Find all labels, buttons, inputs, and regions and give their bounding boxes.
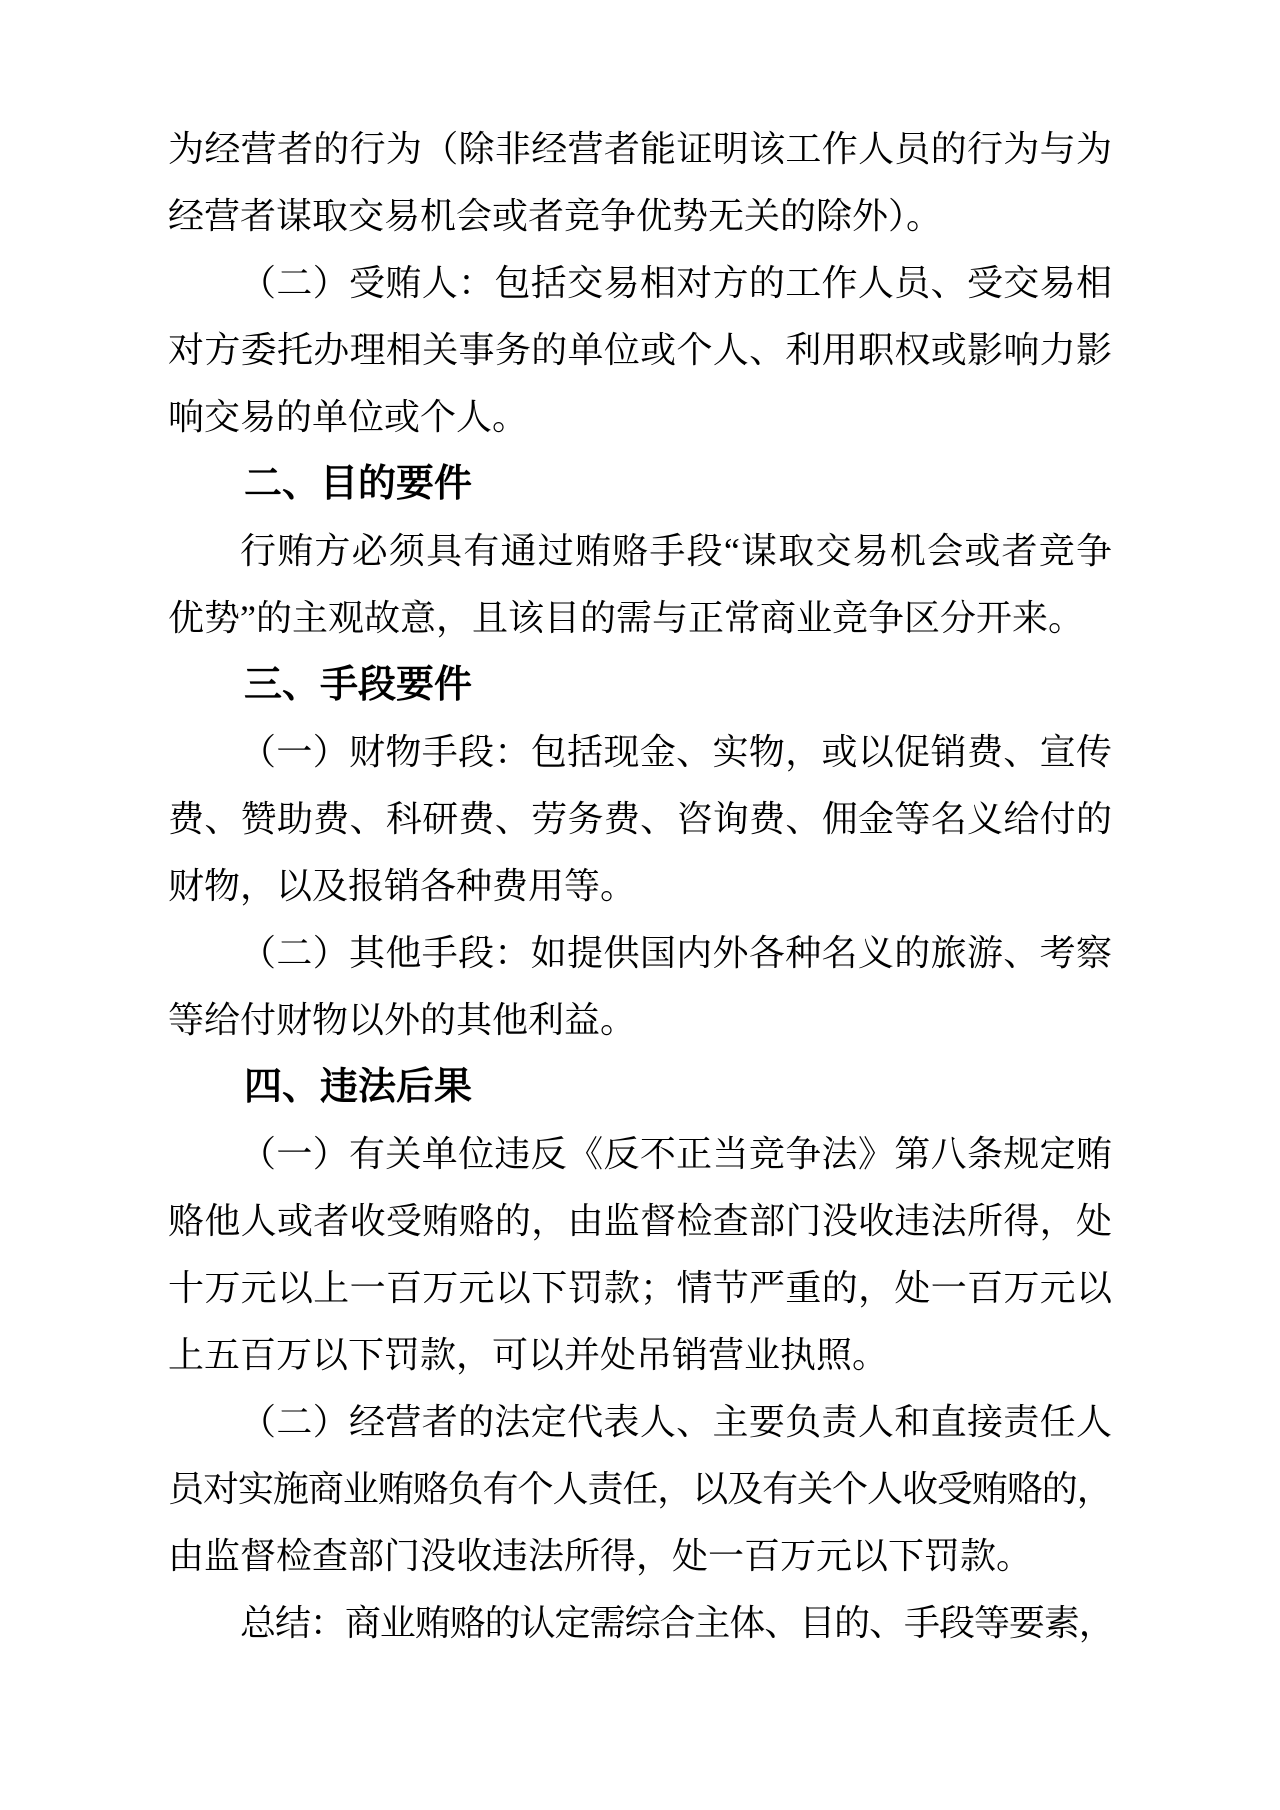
document-text: 为经营者的行为（除非经营者能证明该工作人员的行为与为经营者谋取交易机会或者竞争优… (168, 116, 1112, 1657)
text-line: 赂他人或者收受贿赂的，由监督检查部门没收违法所得，处 (168, 1188, 1112, 1255)
text-line: （一）财物手段：包括现金、实物，或以促销费、宣传 (168, 719, 1112, 786)
text-line: 优势”的主观故意，且该目的需与正常商业竞争区分开来。 (168, 585, 1112, 652)
text-line: 响交易的单位或个人。 (168, 384, 1112, 451)
text-line: 为经营者的行为（除非经营者能证明该工作人员的行为与为 (168, 116, 1112, 183)
section-heading: 二、目的要件 (168, 451, 1112, 518)
text-line: 总结：商业贿赂的认定需综合主体、目的、手段等要素， (168, 1590, 1112, 1657)
text-line: 十万元以上一百万元以下罚款；情节严重的，处一百万元以 (168, 1255, 1112, 1322)
text-line: （二）其他手段：如提供国内外各种名义的旅游、考察 (168, 920, 1112, 987)
text-line: 员对实施商业贿赂负有个人责任，以及有关个人收受贿赂的， (168, 1456, 1112, 1523)
text-line: 对方委托办理相关事务的单位或个人、利用职权或影响力影 (168, 317, 1112, 384)
text-line: （二）经营者的法定代表人、主要负责人和直接责任人 (168, 1389, 1112, 1456)
text-line: （二）受贿人：包括交易相对方的工作人员、受交易相 (168, 250, 1112, 317)
section-heading: 三、手段要件 (168, 652, 1112, 719)
section-heading: 四、违法后果 (168, 1054, 1112, 1121)
text-line: （一）有关单位违反《反不正当竞争法》第八条规定贿 (168, 1121, 1112, 1188)
text-line: 费、赞助费、科研费、劳务费、咨询费、佣金等名义给付的 (168, 786, 1112, 853)
text-line: 经营者谋取交易机会或者竞争优势无关的除外）。 (168, 183, 1112, 250)
text-line: 等给付财物以外的其他利益。 (168, 987, 1112, 1054)
document-page: 为经营者的行为（除非经营者能证明该工作人员的行为与为经营者谋取交易机会或者竞争优… (0, 0, 1280, 1810)
text-line: 行贿方必须具有通过贿赂手段“谋取交易机会或者竞争 (168, 518, 1112, 585)
text-line: 财物，以及报销各种费用等。 (168, 853, 1112, 920)
text-line: 上五百万以下罚款，可以并处吊销营业执照。 (168, 1322, 1112, 1389)
text-line: 由监督检查部门没收违法所得，处一百万元以下罚款。 (168, 1523, 1112, 1590)
